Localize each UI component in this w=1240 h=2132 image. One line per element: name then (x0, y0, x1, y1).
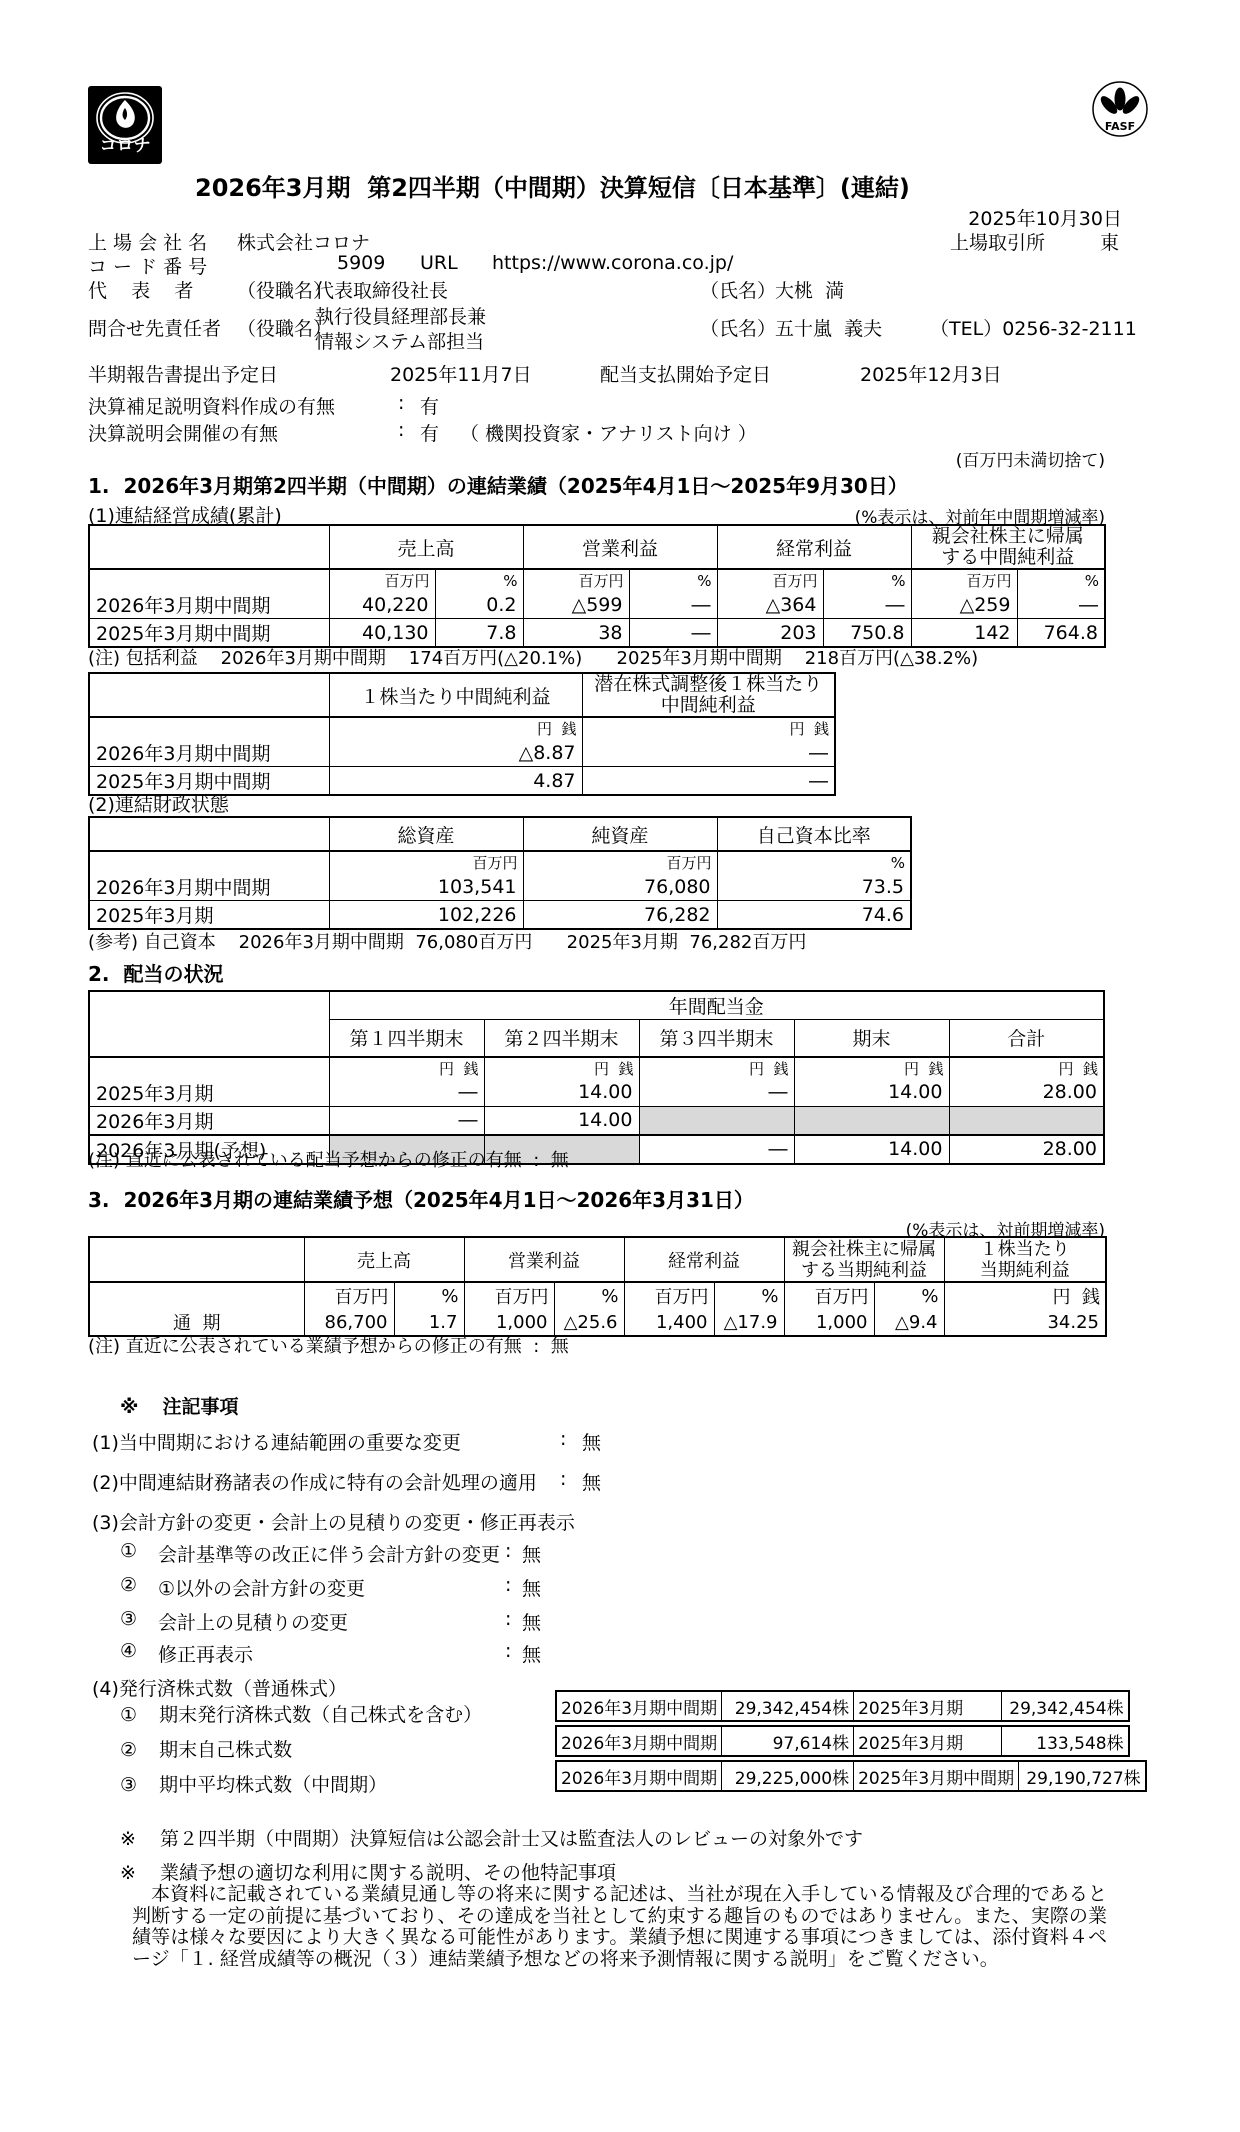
note-subitem-label: 会計基準等の改正に伴う会計方針の変更 (158, 1540, 500, 1567)
unit-cell: 円 銭 (944, 1282, 1106, 1309)
value-cell: 203 (717, 619, 823, 648)
header-cell: 期末 (794, 1020, 949, 1057)
annual-dividend-header: 年間配当金 (329, 991, 1104, 1020)
header-cell: 親会社株主に帰属 する中間純利益 (911, 525, 1105, 569)
circled-number: ① (120, 1704, 137, 1726)
fasf-mark-icon: FASF (1090, 78, 1150, 145)
unit-cell (89, 851, 329, 873)
header-cell: 営業利益 (464, 1237, 624, 1282)
unit-cell: 百万円 (329, 569, 435, 591)
value-cell: 4.87 (329, 767, 582, 796)
unit-cell: 百万円 (523, 569, 629, 591)
circled-number: ② (120, 1739, 137, 1761)
value-cell: 1,000 (784, 1309, 874, 1336)
svg-text:FASF: FASF (1105, 120, 1135, 133)
period-cell: 2026年3月期中間期 (556, 1691, 722, 1721)
contact-role-line2: 情報システム部担当 (315, 327, 484, 354)
unit-cell: 百万円 (784, 1282, 874, 1309)
contact-name-label: （氏名） (700, 314, 776, 341)
supplement-colon: : (398, 392, 404, 414)
shares-table-1: 2026年3月期中間期 29,342,454株 2025年3月期 29,342,… (555, 1690, 1130, 1722)
unit-cell (89, 1282, 304, 1309)
shares-table-2: 2026年3月期中間期 97,614株 2025年3月期 133,548株 (555, 1725, 1130, 1757)
contact-name: 五十嵐 義夫 (775, 314, 882, 341)
shares-label: 期末自己株式数 (159, 1739, 292, 1761)
table-row: 2025年3月期 ― 14.00 ― 14.00 28.00 (89, 1079, 1104, 1107)
section3-heading: 3. 2026年3月期の連結業績予想（2025年4月1日～2026年3月31日） (88, 1184, 754, 1213)
note-subitem-label: 会計上の見積りの変更 (158, 1608, 348, 1635)
note-subitem-4: ④ 修正再表示 : 無 (0, 1640, 1240, 1664)
note-subitem-colon: : (505, 1608, 511, 1630)
unit-cell: 百万円 (624, 1282, 714, 1309)
review-note: 第２四半期（中間期）決算短信は公認会計士又は監査法人のレビューの対象外です (160, 1828, 863, 1850)
value-cell: ― (582, 739, 835, 767)
value-cell: △364 (717, 591, 823, 619)
usage-heading: 業績予想の適切な利用に関する説明、その他特記事項 (160, 1862, 616, 1884)
header-cell: 総資産 (329, 817, 523, 851)
unit-cell: 円 銭 (329, 717, 582, 739)
value-cell: ― (629, 591, 717, 619)
header-cell: 第２四半期末 (484, 1020, 639, 1057)
table-row: 2025年3月期中間期 40,130 7.8 38 ― 203 750.8 14… (89, 619, 1105, 648)
reference-mark: ※ (120, 1828, 136, 1850)
unit-cell (89, 1057, 329, 1079)
shares-table-3-wrap: 2026年3月期中間期 29,225,000株 2025年3月期中間期 29,1… (555, 1760, 1147, 1792)
code-label: コ ー ド 番 号 (88, 252, 207, 279)
header-cell: 純資産 (523, 817, 717, 851)
note-subitem-colon: : (505, 1540, 511, 1562)
unit-cell: % (554, 1282, 624, 1309)
row-label: 2025年3月期 (89, 901, 329, 930)
corona-logo: コロナ (88, 86, 162, 169)
forward-looking-statement: 本資料に記載されている業績見通し等の将来に関する記述は、当社が現在入手している情… (132, 1884, 1107, 1970)
value-cell: ― (1017, 591, 1105, 619)
value-cell: △17.9 (714, 1309, 784, 1336)
value-cell-excluded (639, 1106, 794, 1135)
shares-row-1-label: ① 期末発行済株式数（自己株式を含む） (120, 1700, 482, 1727)
consolidated-results-table-wrap: 売上高 営業利益 経常利益 親会社株主に帰属 する中間純利益 百万円 % 百万円… (88, 524, 1106, 648)
report-date: 2025年11月7日 (390, 360, 532, 387)
header-cell: １株当たり 当期純利益 (944, 1237, 1106, 1282)
forecast-table: 売上高 営業利益 経常利益 親会社株主に帰属 する当期純利益 １株当たり 当期純… (88, 1236, 1107, 1337)
dividend-table: 年間配当金 第１四半期末 第２四半期末 第３四半期末 期末 合計 円 銭 円 銭… (88, 990, 1105, 1165)
supplement-value: 有 (420, 392, 439, 419)
unit-cell: % (717, 851, 911, 873)
table-row: 2026年3月期中間期 △8.87 ― (89, 739, 835, 767)
note-subitem-value: 無 (522, 1640, 541, 1667)
value-cell: 7.8 (435, 619, 523, 648)
contact-label: 問合せ先責任者 (88, 314, 221, 341)
value-cell: ― (582, 767, 835, 796)
circled-number: ① (120, 1540, 137, 1562)
note-subitem-colon: : (505, 1574, 511, 1596)
dividend-pay-date: 2025年12月3日 (860, 360, 1002, 387)
unit-cell: % (714, 1282, 784, 1309)
eps-table: １株当たり中間純利益 潜在株式調整後１株当たり 中間純利益 円 銭 円 銭 20… (88, 672, 836, 796)
value-cell: 73.5 (717, 873, 911, 901)
unit-cell: % (1017, 569, 1105, 591)
unit-cell (89, 569, 329, 591)
circled-number: ③ (120, 1774, 137, 1796)
circled-number: ② (120, 1574, 137, 1596)
url-value: https://www.corona.co.jp/ (492, 252, 733, 274)
representative-name: 大桃 満 (775, 276, 844, 303)
unit-cell: 円 銭 (949, 1057, 1104, 1079)
unit-cell: 円 銭 (484, 1057, 639, 1079)
row-label: 2026年3月期中間期 (89, 591, 329, 619)
unit-cell: 円 銭 (582, 717, 835, 739)
period-cell: 2026年3月期中間期 (556, 1726, 722, 1756)
note-item-4-heading: (4)発行済株式数（普通株式） (92, 1674, 347, 1701)
reference-mark: ※ (120, 1862, 136, 1884)
note-item-colon: : (560, 1468, 566, 1490)
value-cell: ― (823, 591, 911, 619)
period-cell: 2025年3月期 (854, 1691, 1002, 1721)
table-row: 2026年3月期中間期 103,541 76,080 73.5 (89, 873, 911, 901)
note-subitem-1: ① 会計基準等の改正に伴う会計方針の変更 : 無 (0, 1540, 1240, 1564)
section1-sub2-heading: (2)連結財政状態 (88, 790, 229, 817)
svg-text:コロナ: コロナ (100, 136, 151, 156)
header-cell: 経常利益 (624, 1237, 784, 1282)
comprehensive-income-note: (注) 包括利益 2026年3月期中間期 174百万円(△20.1%) 2025… (88, 644, 978, 670)
header-cell: 経常利益 (717, 525, 911, 569)
value-cell: ― (639, 1135, 794, 1164)
note-subitem-label: 修正再表示 (158, 1640, 253, 1667)
earnings-report-page: コロナ FASF 2026年3月期 第2四半期（中間期）決算短信〔日本基準〕(連… (0, 0, 1240, 2132)
briefing-value: 有 (420, 419, 439, 446)
contact-tel: （TEL）0256-32-2111 (930, 314, 1137, 341)
schedule-row: 半期報告書提出予定日 2025年11月7日 配当支払開始予定日 2025年12月… (0, 360, 1240, 384)
header-cell: 合計 (949, 1020, 1104, 1057)
code-row: コ ー ド 番 号 5909 URL https://www.corona.co… (0, 252, 1240, 276)
header-cell: 営業利益 (523, 525, 717, 569)
unit-cell: % (629, 569, 717, 591)
value-cell: ― (329, 1079, 484, 1107)
rounding-note: (百万円未満切捨て) (956, 446, 1105, 471)
value-cell: 14.00 (484, 1106, 639, 1135)
representative-role: 代表取締役社長 (315, 276, 448, 303)
company-name-row: 上 場 会 社 名 株式会社コロナ 上場取引所 東 (0, 228, 1240, 252)
note-subitem-2: ② ①以外の会計方針の変更 : 無 (0, 1574, 1240, 1598)
header-cell: 売上高 (329, 525, 523, 569)
equity-reference-note: (参考) 自己資本 2026年3月期中間期 76,080百万円 2025年3月期… (88, 928, 806, 954)
note-item-2: (2)中間連結財務諸表の作成に特有の会計処理の適用 : 無 (0, 1468, 1240, 1492)
note-item-label: (2)中間連結財務諸表の作成に特有の会計処理の適用 (92, 1468, 537, 1495)
note-item-colon: : (560, 1428, 566, 1450)
value-cell: 29,190,727株 (1019, 1761, 1146, 1791)
unit-cell: % (823, 569, 911, 591)
header-cell: 潜在株式調整後１株当たり 中間純利益 (582, 673, 835, 717)
doc-date: 2025年10月30日 (968, 204, 1122, 231)
note-item-3-heading: (3)会計方針の変更・会計上の見積りの変更・修正再表示 (92, 1508, 575, 1535)
financial-position-table-wrap: 総資産 純資産 自己資本比率 百万円 百万円 % 2026年3月期中間期 103… (88, 816, 912, 930)
shares-table-2-wrap: 2026年3月期中間期 97,614株 2025年3月期 133,548株 (555, 1725, 1130, 1757)
period-cell: 2025年3月期中間期 (854, 1761, 1019, 1791)
value-cell: △9.4 (874, 1309, 944, 1336)
unit-cell: % (874, 1282, 944, 1309)
value-cell: 76,080 (523, 873, 717, 901)
company-name: 株式会社コロナ (237, 228, 370, 255)
supplement-row: 決算補足説明資料作成の有無 : 有 (0, 392, 1240, 416)
note-subitem-value: 無 (522, 1540, 541, 1567)
value-cell: 74.6 (717, 901, 911, 930)
briefing-note: （ 機関投資家・アナリスト向け ） (460, 419, 757, 446)
value-cell: 97,614株 (722, 1726, 854, 1756)
table-row: 2026年3月期 ― 14.00 (89, 1106, 1104, 1135)
briefing-row: 決算説明会開催の有無 : 有 （ 機関投資家・アナリスト向け ） (0, 419, 1240, 443)
circled-number: ④ (120, 1640, 137, 1662)
corona-logo-icon: コロナ (88, 86, 162, 164)
unit-cell: % (435, 569, 523, 591)
value-cell: 28.00 (949, 1079, 1104, 1107)
unit-cell: 円 銭 (794, 1057, 949, 1079)
row-label: 2026年3月期中間期 (89, 873, 329, 901)
value-cell: 40,220 (329, 591, 435, 619)
row-label: 2026年3月期中間期 (89, 739, 329, 767)
corner-cell (89, 817, 329, 851)
header-cell: 親会社株主に帰属 する当期純利益 (784, 1237, 944, 1282)
reference-mark: ※ (120, 1396, 138, 1418)
value-cell: 29,225,000株 (722, 1761, 854, 1791)
eps-table-wrap: １株当たり中間純利益 潜在株式調整後１株当たり 中間純利益 円 銭 円 銭 20… (88, 672, 836, 796)
note-item-value: 無 (582, 1468, 601, 1495)
value-cell: 0.2 (435, 591, 523, 619)
unit-cell: 百万円 (523, 851, 717, 873)
report-date-label: 半期報告書提出予定日 (88, 360, 278, 387)
value-cell: ― (329, 1106, 484, 1135)
unit-cell: 円 銭 (329, 1057, 484, 1079)
header-cell: 売上高 (304, 1237, 464, 1282)
shares-row-2-label: ② 期末自己株式数 (120, 1735, 292, 1762)
review-note-row: ※ 第２四半期（中間期）決算短信は公認会計士又は監査法人のレビューの対象外です (120, 1824, 1120, 1851)
unit-cell: 百万円 (717, 569, 823, 591)
contact-role-line1: 執行役員経理部長兼 (315, 302, 486, 329)
forecast-revision-note: (注) 直近に公表されている業績予想からの修正の有無 : 無 (88, 1332, 569, 1358)
note-subitem-value: 無 (522, 1574, 541, 1601)
note-subitem-value: 無 (522, 1608, 541, 1635)
row-label: 2025年3月期 (89, 1079, 329, 1107)
note-item-1: (1)当中間期における連結範囲の重要な変更 : 無 (0, 1428, 1240, 1452)
value-cell: 38 (523, 619, 629, 648)
value-cell: 750.8 (823, 619, 911, 648)
contact-row: 問合せ先責任者 （役職名） 執行役員経理部長兼 情報システム部担当 （氏名） 五… (0, 302, 1240, 352)
table-row: 2026年3月期中間期 97,614株 2025年3月期 133,548株 (556, 1726, 1129, 1756)
value-cell: 14.00 (794, 1135, 949, 1164)
usage-heading-row: ※ 業績予想の適切な利用に関する説明、その他特記事項 (120, 1858, 1120, 1885)
row-label: 2026年3月期 (89, 1106, 329, 1135)
note-item-label: (1)当中間期における連結範囲の重要な変更 (92, 1428, 461, 1455)
value-cell: 764.8 (1017, 619, 1105, 648)
header-cell: 第１四半期末 (329, 1020, 484, 1057)
briefing-colon: : (398, 419, 404, 441)
value-cell: 103,541 (329, 873, 523, 901)
company-name-label: 上 場 会 社 名 (88, 228, 207, 255)
value-cell: 28.00 (949, 1135, 1104, 1164)
corner-cell (89, 673, 329, 717)
value-cell: 76,282 (523, 901, 717, 930)
financial-position-table: 総資産 純資産 自己資本比率 百万円 百万円 % 2026年3月期中間期 103… (88, 816, 912, 930)
value-cell: △8.87 (329, 739, 582, 767)
value-cell: ― (629, 619, 717, 648)
value-cell-excluded (794, 1106, 949, 1135)
row-label: 2025年3月期中間期 (89, 619, 329, 648)
value-cell: 29,342,454株 (1002, 1691, 1129, 1721)
unit-cell (89, 717, 329, 739)
period-cell: 2026年3月期中間期 (556, 1761, 722, 1791)
circled-number: ③ (120, 1608, 137, 1630)
value-cell: △259 (911, 591, 1017, 619)
value-cell: △599 (523, 591, 629, 619)
unit-cell: 百万円 (464, 1282, 554, 1309)
value-cell: 14.00 (794, 1079, 949, 1107)
section1-heading: 1. 2026年3月期第2四半期（中間期）の連結業績（2025年4月1日～202… (88, 470, 908, 499)
dividend-table-wrap: 年間配当金 第１四半期末 第２四半期末 第３四半期末 期末 合計 円 銭 円 銭… (88, 990, 1105, 1165)
value-cell: 102,226 (329, 901, 523, 930)
doc-title: 2026年3月期 第2四半期（中間期）決算短信〔日本基準〕(連結) (195, 168, 910, 203)
corner-cell (89, 1237, 304, 1282)
value-cell: ― (639, 1079, 794, 1107)
header-cell: 第３四半期末 (639, 1020, 794, 1057)
table-row: 2026年3月期中間期 29,225,000株 2025年3月期中間期 29,1… (556, 1761, 1146, 1791)
unit-cell: 百万円 (911, 569, 1017, 591)
shares-table-3: 2026年3月期中間期 29,225,000株 2025年3月期中間期 29,1… (555, 1760, 1147, 1792)
supplement-label: 決算補足説明資料作成の有無 (88, 392, 335, 419)
section2-heading: 2. 配当の状況 (88, 958, 223, 987)
representative-label: 代 表 者 (88, 276, 193, 303)
value-cell: 34.25 (944, 1309, 1106, 1336)
representative-row: 代 表 者 （役職名） 代表取締役社長 （氏名） 大桃 満 (0, 276, 1240, 300)
exchange-value: 東 (1100, 228, 1119, 255)
value-cell: 14.00 (484, 1079, 639, 1107)
value-cell: 133,548株 (1002, 1726, 1129, 1756)
consolidated-results-table: 売上高 営業利益 経常利益 親会社株主に帰属 する中間純利益 百万円 % 百万円… (88, 524, 1106, 648)
corner-cell (89, 525, 329, 569)
notes-heading: 注記事項 (163, 1396, 239, 1418)
table-row: 2026年3月期中間期 40,220 0.2 △599 ― △364 ― △25… (89, 591, 1105, 619)
shares-table-1-wrap: 2026年3月期中間期 29,342,454株 2025年3月期 29,342,… (555, 1690, 1130, 1722)
url-label: URL (420, 252, 458, 274)
name-label: （氏名） (700, 276, 776, 303)
note-subitem-3: ③ 会計上の見積りの変更 : 無 (0, 1608, 1240, 1632)
note-subitem-colon: : (505, 1640, 511, 1662)
notes-heading-row: ※ 注記事項 (120, 1392, 239, 1419)
shares-label: 期中平均株式数（中間期） (159, 1774, 387, 1796)
value-cell: 1,400 (624, 1309, 714, 1336)
period-cell: 2025年3月期 (854, 1726, 1002, 1756)
table-row: 2025年3月期 102,226 76,282 74.6 (89, 901, 911, 930)
corner-cell (89, 991, 329, 1057)
unit-cell: 百万円 (329, 851, 523, 873)
header-cell: １株当たり中間純利益 (329, 673, 582, 717)
exchange-label: 上場取引所 (950, 228, 1045, 255)
value-cell: 40,130 (329, 619, 435, 648)
header-cell: 自己資本比率 (717, 817, 911, 851)
note-item-value: 無 (582, 1428, 601, 1455)
code-value: 5909 (337, 252, 385, 274)
value-cell: 29,342,454株 (722, 1691, 854, 1721)
value-cell: 142 (911, 619, 1017, 648)
briefing-label: 決算説明会開催の有無 (88, 419, 278, 446)
shares-row-3-label: ③ 期中平均株式数（中間期） (120, 1770, 387, 1797)
unit-cell: 円 銭 (639, 1057, 794, 1079)
unit-cell: 百万円 (304, 1282, 394, 1309)
dividend-pay-label: 配当支払開始予定日 (600, 360, 771, 387)
dividend-revision-note: (注) 直近に公表されている配当予想からの修正の有無 : 無 (88, 1146, 569, 1172)
shares-label: 期末発行済株式数（自己株式を含む） (159, 1704, 482, 1726)
forecast-table-wrap: 売上高 営業利益 経常利益 親会社株主に帰属 する当期純利益 １株当たり 当期純… (88, 1236, 1107, 1337)
value-cell-excluded (949, 1106, 1104, 1135)
unit-cell: % (394, 1282, 464, 1309)
table-row: 2026年3月期中間期 29,342,454株 2025年3月期 29,342,… (556, 1691, 1129, 1721)
note-subitem-label: ①以外の会計方針の変更 (158, 1574, 365, 1601)
